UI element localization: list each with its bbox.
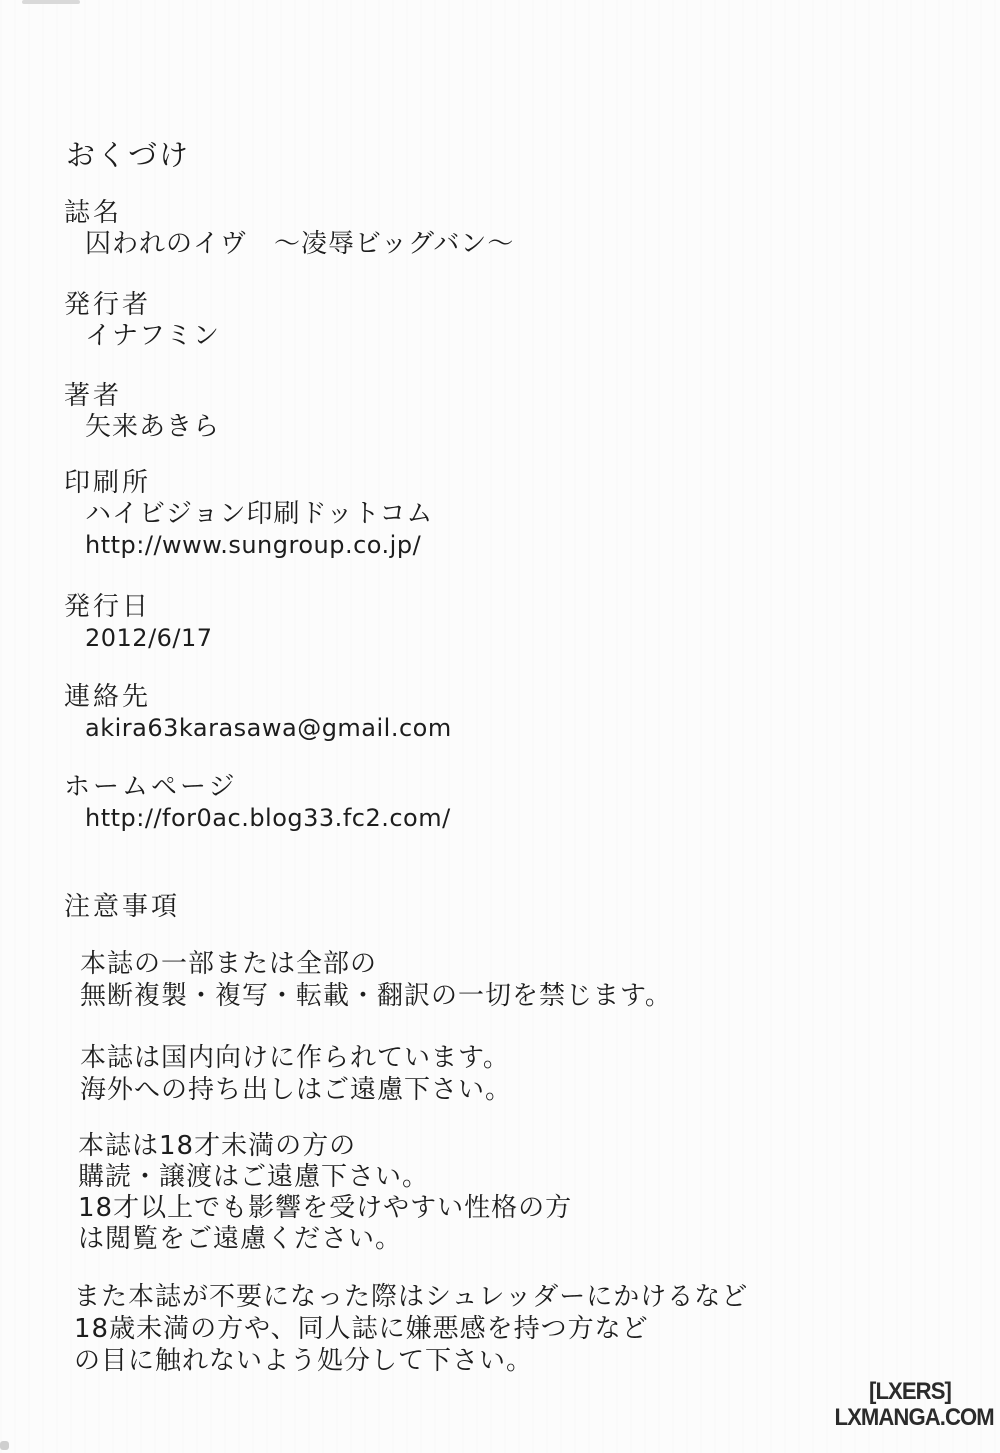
field-label: ホームページ xyxy=(64,772,451,803)
notice-line: 無断複製・複写・転載・翻訳の一切を禁じます。 xyxy=(80,980,672,1012)
field-label: 誌名 xyxy=(64,198,514,229)
field-label: 連絡先 xyxy=(64,682,452,713)
book-title-value: 囚われのイヴ ～凌辱ビッグバン～ xyxy=(85,229,514,260)
notice-line: 本誌の一部または全部の xyxy=(80,948,672,980)
notice-line: 購読・譲渡はご遠慮下さい。 xyxy=(78,1162,572,1193)
scan-artifact xyxy=(0,1441,9,1450)
notice-paragraph-disposal: また本誌が不要になった際はシュレッダーにかけるなど 18歳未満の方や、同人誌に嫌… xyxy=(74,1281,748,1377)
field-book-title: 誌名 囚われのイヴ ～凌辱ビッグバン～ xyxy=(64,198,514,260)
notice-paragraph-domestic: 本誌は国内向けに作られています。 海外への持ち出しはご遠慮下さい。 xyxy=(80,1042,512,1106)
printer-url: http://www.sungroup.co.jp/ xyxy=(85,530,433,561)
notice-line: 18才以上でも影響を受けやすい性格の方 xyxy=(78,1193,572,1224)
notice-heading: 注意事項 xyxy=(64,886,180,923)
notice-line: また本誌が不要になった際はシュレッダーにかけるなど xyxy=(74,1281,748,1313)
notice-line: 18歳未満の方や、同人誌に嫌悪感を持つ方など xyxy=(74,1313,748,1345)
watermark-group-name: [LXERS] xyxy=(835,1379,986,1404)
notice-line: は閲覧をご遠慮ください。 xyxy=(78,1224,572,1255)
notice-paragraph-copyright: 本誌の一部または全部の 無断複製・複写・転載・翻訳の一切を禁じます。 xyxy=(80,948,672,1012)
publish-date-value: 2012/6/17 xyxy=(85,623,213,654)
field-printer: 印刷所 ハイビジョン印刷ドットコム http://www.sungroup.co… xyxy=(64,468,433,561)
page-title: おくづけ xyxy=(66,133,190,174)
field-publish-date: 発行日 2012/6/17 xyxy=(64,592,213,654)
notice-line: 本誌は18才未満の方の xyxy=(78,1131,572,1162)
publisher-value: イナフミン xyxy=(85,321,220,352)
watermark-site-name: LXMANGA.COM xyxy=(835,1404,986,1431)
field-publisher: 発行者 イナフミン xyxy=(64,290,220,352)
author-value: 矢来あきら xyxy=(85,412,220,443)
field-label: 著者 xyxy=(64,381,220,412)
field-label: 印刷所 xyxy=(64,468,433,499)
contact-email: akira63karasawa@gmail.com xyxy=(85,713,452,744)
watermark: [LXERS] LXMANGA.COM xyxy=(828,1379,992,1431)
field-author: 著者 矢来あきら xyxy=(64,381,220,443)
colophon-page: おくづけ 誌名 囚われのイヴ ～凌辱ビッグバン～ 発行者 イナフミン 著者 矢来… xyxy=(0,0,1000,1453)
scan-artifact xyxy=(22,0,80,4)
field-label: 発行日 xyxy=(64,592,213,623)
printer-name: ハイビジョン印刷ドットコム xyxy=(85,499,433,530)
notice-line: 本誌は国内向けに作られています。 xyxy=(80,1042,512,1074)
field-label: 発行者 xyxy=(64,290,220,321)
notice-line: の目に触れないよう処分して下さい。 xyxy=(74,1345,748,1377)
notice-paragraph-age-restriction: 本誌は18才未満の方の 購読・譲渡はご遠慮下さい。 18才以上でも影響を受けやす… xyxy=(78,1131,572,1255)
field-contact: 連絡先 akira63karasawa@gmail.com xyxy=(64,682,452,744)
field-homepage: ホームページ http://for0ac.blog33.fc2.com/ xyxy=(64,772,451,834)
homepage-url: http://for0ac.blog33.fc2.com/ xyxy=(85,803,451,834)
notice-line: 海外への持ち出しはご遠慮下さい。 xyxy=(80,1074,512,1106)
